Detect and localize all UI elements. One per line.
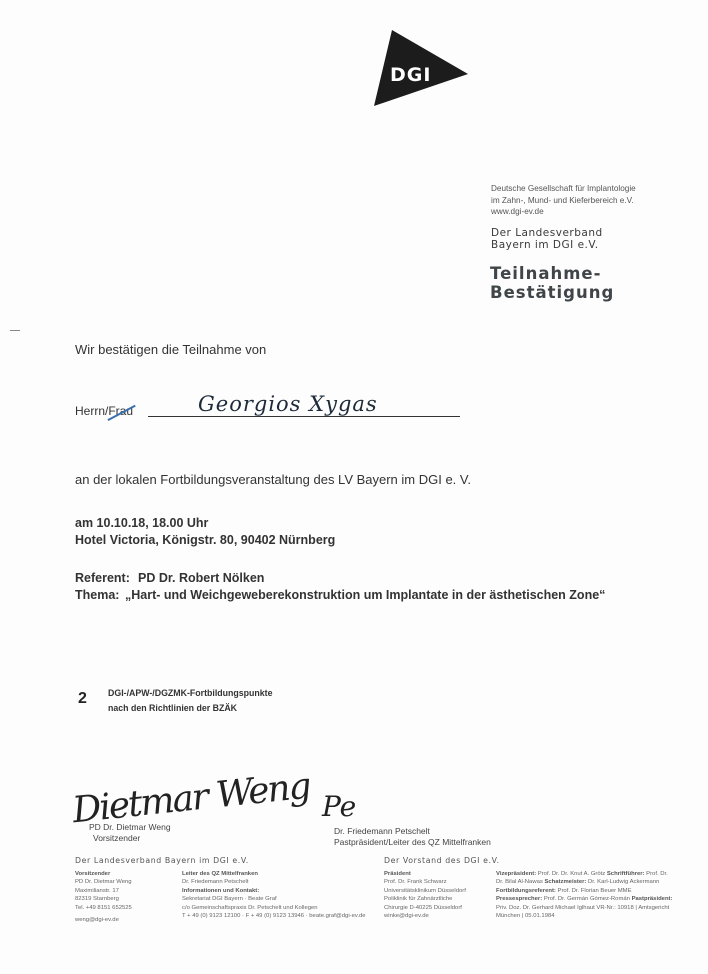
participant-name: Georgios Xygas: [198, 392, 378, 416]
salutation-struck: Frau: [108, 404, 133, 418]
points-line-2: nach den Richtlinien der BZÄK: [108, 701, 273, 716]
org-name-line-1: Deutsche Gesellschaft für Implantologie: [491, 183, 636, 195]
signer-name: PD Dr. Dietmar Weng: [89, 822, 171, 833]
footer-heading-board: Der Vorstand des DGI e.V.: [384, 856, 500, 865]
org-website: www.dgi-ev.de: [491, 206, 636, 218]
dgi-logo: DGI: [370, 28, 470, 108]
points-value: 2: [78, 690, 87, 708]
referent-value: PD Dr. Robert Nölken: [138, 571, 264, 585]
points-description: DGI-/APW-/DGZMK-Fortbildungspunkte nach …: [108, 686, 273, 715]
footer-line: Dr. Friedemann Petschelt: [182, 878, 366, 886]
footer-line: PD Dr. Dietmar Weng: [75, 878, 132, 886]
footer-col-title: Präsident: [384, 871, 411, 877]
footer-line: T + 49 (0) 9123 12100 · F + 49 (0) 9123 …: [182, 912, 366, 920]
board-role: Schriftführer:: [607, 871, 645, 877]
footer-line: 82319 Starnberg: [75, 895, 132, 903]
footer-line: Universitätsklinikum Düsseldorf: [384, 887, 466, 895]
board-role: Vizepräsident:: [496, 871, 536, 877]
salutation: Herrn/Frau: [75, 404, 133, 418]
board-members: Vizepräsident: Prof. Dr. Dr. Knut A. Grö…: [496, 870, 676, 920]
board-role: Fortbildungsreferent:: [496, 888, 556, 894]
organization-info: Deutsche Gesellschaft für Implantologie …: [491, 183, 636, 218]
footer-heading-lv: Der Landesverband Bayern im DGI e.V.: [75, 856, 249, 865]
fold-mark: [10, 330, 20, 331]
footer-col-board: Vizepräsident: Prof. Dr. Dr. Knut A. Grö…: [496, 870, 676, 920]
document-title-line-1: Teilnahme-: [490, 264, 614, 283]
event-venue: Hotel Victoria, Königstr. 80, 90402 Nürn…: [75, 533, 335, 547]
footer-line: Poliklinik für Zahnärztliche: [384, 895, 466, 903]
board-person: Priv. Doz. Dr. Gerhard Michael Iglhaut V…: [496, 905, 669, 919]
footer-line: Chirurgie D-40225 Düsseldorf: [384, 904, 466, 912]
board-person: Prof. Dr. Florian Beuer MME: [556, 888, 632, 894]
board-role: Schatzmeister:: [544, 879, 586, 885]
footer-col-chair: Vorsitzender PD Dr. Dietmar Weng Maximil…: [75, 870, 132, 924]
org-name-line-2: im Zahn-, Mund- und Kieferbereich e.V.: [491, 195, 636, 207]
footer-line: Maximilianstr. 17: [75, 887, 132, 895]
intro-text: Wir bestätigen die Teilnahme von: [75, 342, 266, 357]
signer-role: Pastpräsident/Leiter des QZ Mittelfranke…: [334, 837, 491, 848]
document-title-line-2: Bestätigung: [490, 283, 614, 302]
footer-email[interactable]: winke@dgi-ev.de: [384, 912, 466, 920]
footer-col-title: Informationen und Kontakt:: [182, 888, 259, 894]
footer-line: c/o Gemeinschaftspraxis Dr. Petschelt un…: [182, 904, 366, 912]
signature-caption-petschelt: Dr. Friedemann Petschelt Pastpräsident/L…: [334, 826, 491, 848]
regional-association-line-2: Bayern im DGI e.V.: [491, 239, 603, 251]
footer-col-president: Präsident Prof. Dr. Frank Schwarz Univer…: [384, 870, 466, 920]
footer-line: Prof. Dr. Frank Schwarz: [384, 878, 466, 886]
footer-email[interactable]: weng@dgi-ev.de: [75, 916, 132, 924]
signer-name: Dr. Friedemann Petschelt: [334, 826, 491, 837]
footer-col-title: Vorsitzender: [75, 871, 110, 877]
board-person: Prof. Dr. Dr. Knut A. Grötz: [536, 871, 607, 877]
footer-line: Tel. +49 8151 652525: [75, 904, 132, 912]
event-date-time: am 10.10.18, 18.00 Uhr: [75, 516, 208, 530]
referent-label: Referent:: [75, 571, 130, 585]
signer-role: Vorsitzender: [89, 833, 171, 844]
board-role: Pressesprecher:: [496, 896, 542, 902]
regional-association: Der Landesverband Bayern im DGI e.V.: [491, 227, 603, 251]
signature-caption-weng: PD Dr. Dietmar Weng Vorsitzender: [89, 822, 171, 844]
board-person: Prof. Dr. Germán Gómez-Román: [542, 896, 631, 902]
document-title: Teilnahme- Bestätigung: [490, 264, 614, 302]
regional-association-line-1: Der Landesverband: [491, 227, 603, 239]
points-line-1: DGI-/APW-/DGZMK-Fortbildungspunkte: [108, 686, 273, 701]
event-description: an der lokalen Fortbildungsveranstaltung…: [75, 472, 471, 487]
board-role: Pastpräsident:: [632, 896, 673, 902]
logo-text: DGI: [390, 64, 431, 86]
name-underline: [148, 416, 460, 417]
theme-value: „Hart- und Weichgeweberekonstruktion um …: [125, 588, 605, 602]
footer-col-title: Leiter des QZ Mittelfranken: [182, 871, 258, 877]
signature-petschelt: Pe: [322, 790, 356, 823]
board-person: Dr. Karl-Ludwig Ackermann: [586, 879, 659, 885]
footer-line: Sekretariat DGI Bayern · Beate Graf: [182, 895, 366, 903]
footer-col-contact: Leiter des QZ Mittelfranken Dr. Friedema…: [182, 870, 366, 920]
theme-label: Thema:: [75, 588, 119, 602]
salutation-prefix: Herrn/: [75, 404, 108, 418]
